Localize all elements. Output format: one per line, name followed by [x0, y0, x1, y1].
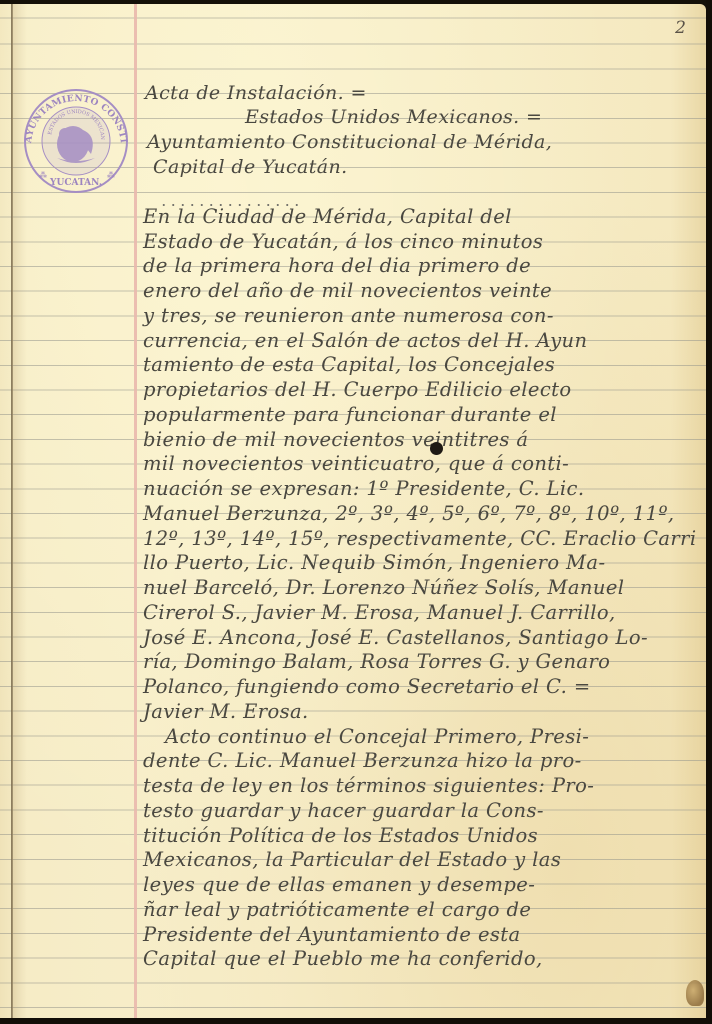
- body-line: Presidente del Ayuntamiento de esta: [143, 923, 521, 947]
- dotted-separator: [159, 204, 299, 206]
- body-line: titución Política de los Estados Unidos: [143, 824, 538, 848]
- body-line-paragraph-start: Acto continuo el Concejal Primero, Presi…: [165, 725, 589, 749]
- body-line: mil novecientos veinticuatro, que á cont…: [143, 452, 569, 476]
- body-line: Javier M. Erosa.: [143, 700, 309, 724]
- svg-text:YUCATAN.: YUCATAN.: [49, 178, 102, 188]
- body-line: testa de ley en los términos siguientes:…: [143, 774, 594, 798]
- scan-border-right: [706, 0, 712, 1024]
- body-line: Mexicanos, la Particular del Estado y la…: [143, 848, 561, 872]
- body-line: ría, Domingo Balam, Rosa Torres G. y Gen…: [143, 650, 610, 674]
- svg-text:⁂: ⁂: [39, 171, 47, 180]
- body-line: nuación se expresan: 1º Presidente, C. L…: [143, 477, 584, 501]
- heading-line-country: Estados Unidos Mexicanos. =: [245, 105, 542, 129]
- body-line: Manuel Berzunza, 2º, 3º, 4º, 5º, 6º, 7º,…: [143, 502, 675, 526]
- scan-border-bottom: [0, 1018, 712, 1024]
- municipal-seal-stamp: AYUNTAMIENTO CONSTITUCIONAL DE MERIDA ES…: [17, 84, 135, 194]
- body-line: José E. Ancona, José E. Castellanos, San…: [143, 626, 648, 650]
- body-line: Polanco, fungiendo como Secretario el C.…: [143, 675, 591, 699]
- corner-wear-mark: [686, 980, 704, 1006]
- body-line: testo guardar y hacer guardar la Cons-: [143, 799, 544, 823]
- heading-line-capital: Capital de Yucatán.: [153, 155, 348, 179]
- body-line: currencia, en el Salón de actos del H. A…: [143, 329, 587, 353]
- body-line: enero del año de mil novecientos veinte: [143, 279, 552, 303]
- body-line: de la primera hora del dia primero de: [143, 254, 531, 278]
- body-line: En la Ciudad de Mérida, Capital del: [143, 205, 512, 229]
- body-line: tamiento de esta Capital, los Concejales: [143, 353, 555, 377]
- body-line: bienio de mil novecientos veintitres á: [143, 428, 528, 452]
- body-line: 12º, 13º, 14º, 15º, respectivamente, CC.…: [143, 527, 697, 551]
- ledger-page: 2 AYUNTAMIENTO CONSTITUCIONAL DE MERIDA …: [0, 4, 706, 1018]
- body-line: ñar leal y patrióticamente el cargo de: [143, 898, 531, 922]
- body-line: llo Puerto, Lic. Nequib Simón, Ingeniero…: [143, 551, 605, 575]
- document-title: Acta de Instalación. =: [145, 81, 367, 105]
- svg-text:⁂: ⁂: [107, 171, 115, 180]
- body-line: propietarios del H. Cuerpo Edilicio elec…: [143, 378, 572, 402]
- seal-icon: AYUNTAMIENTO CONSTITUCIONAL DE MERIDA ES…: [17, 84, 135, 194]
- body-line: nuel Barceló, Dr. Lorenzo Núñez Solís, M…: [143, 576, 624, 600]
- body-line: Estado de Yucatán, á los cinco minutos: [143, 230, 543, 254]
- page-number: 2: [675, 18, 686, 38]
- body-line: dente C. Lic. Manuel Berzunza hizo la pr…: [143, 749, 582, 773]
- ink-blot: [430, 442, 443, 455]
- binding-fold-line: [11, 4, 13, 1018]
- body-line: leyes que de ellas emanen y desempe-: [143, 873, 535, 897]
- body-line: Capital que el Pueblo me ha conferido,: [143, 947, 543, 971]
- heading-line-ayuntamiento: Ayuntamiento Constitucional de Mérida,: [147, 130, 552, 154]
- body-line: Cirerol S., Javier M. Erosa, Manuel J. C…: [143, 601, 616, 625]
- body-line: popularmente para funcionar durante el: [143, 403, 557, 427]
- body-line: y tres, se reunieron ante numerosa con-: [143, 304, 554, 328]
